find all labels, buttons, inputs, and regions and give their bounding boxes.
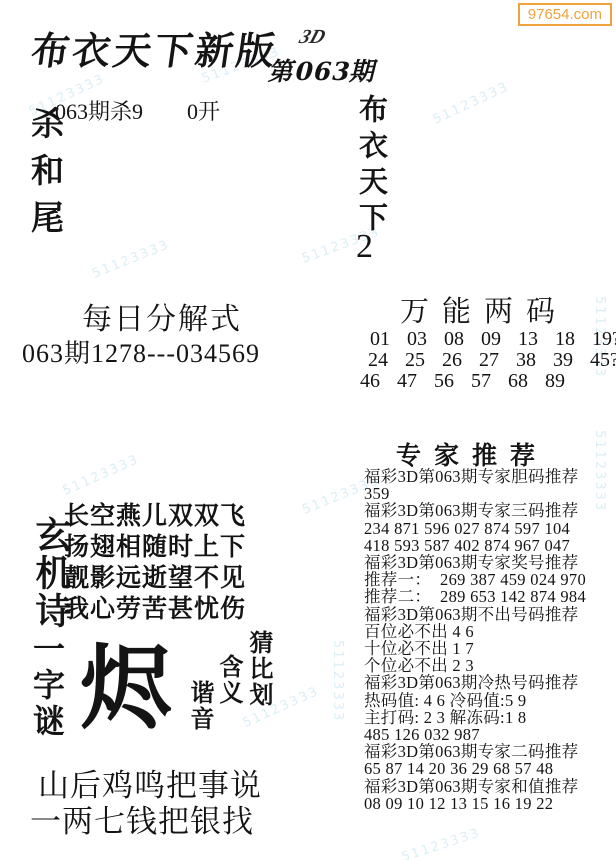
expert-line: 福彩3D第063期专家胆码推荐 [364, 468, 614, 485]
open-result-label: 0开 [187, 95, 220, 126]
column-number: 2 [356, 228, 373, 266]
two-codes-row: 46 47 56 57 68 89 [360, 370, 565, 393]
background-watermark: 51123333 [400, 826, 483, 860]
mystery-poem: 长空燕儿双双飞 扬翅相随时上下 靓影远逝望不见 我心劳苦甚忧伤 [64, 500, 246, 624]
expert-line: 359 [364, 485, 614, 502]
poem-line: 扬翅相随时上下 [64, 531, 246, 562]
expert-line: 推荐二： 289 653 142 874 984 [364, 588, 614, 605]
expert-line: 福彩3D第063期专家二码推荐 [364, 743, 614, 760]
expert-line: 福彩3D第063期冷热号码推荐 [364, 674, 614, 691]
char-riddle-label: 一字谜 [24, 632, 70, 740]
poem-line: 长空燕儿双双飞 [64, 500, 246, 531]
expert-line: 热码值: 4 6 冷码值:5 9 [364, 692, 614, 709]
expert-line: 福彩3D第063期专家和值推荐 [364, 778, 614, 795]
decomposition-formula: 063期1278---034569 [22, 333, 260, 370]
expert-line: 234 871 596 027 874 597 104 [364, 520, 614, 537]
poem-line: 我心劳苦甚忧伤 [64, 593, 246, 624]
universal-two-codes-title: 万能两码 [400, 289, 568, 330]
game-type-label: 3D [296, 26, 328, 49]
riddle-character: 烬 [80, 638, 172, 739]
expert-line: 08 09 10 12 13 15 16 19 22 [364, 795, 614, 812]
riddle-hint-homophone: 谐音 [183, 680, 218, 732]
background-watermark: 51123333 [61, 452, 142, 499]
expert-line: 福彩3D第063期专家三码推荐 [364, 502, 614, 519]
expert-line: 推荐一： 269 387 459 024 970 [364, 571, 614, 588]
expert-line: 个位必不出 2 3 [364, 657, 614, 674]
site-watermark-badge: 97654.com [518, 3, 612, 26]
page-title: 布衣天下新版 [28, 20, 282, 75]
expert-line: 福彩3D第063期不出号码推荐 [364, 606, 614, 623]
background-watermark: 51123333 [330, 640, 345, 722]
kill-open-line: 063期杀9 0开 [55, 95, 220, 126]
daily-decomposition-title: 每日分解式 [82, 294, 242, 338]
expert-line: 百位必不出 4 6 [364, 623, 614, 640]
two-codes-row: 24 25 26 27 38 39 45? [368, 349, 616, 372]
buyi-tianxia-label: 布衣天下 [352, 94, 393, 238]
kill-sum-tail-label: 杀和尾 [22, 106, 69, 247]
poem-line: 靓影远逝望不见 [64, 562, 246, 593]
expert-line: 418 593 587 402 874 967 047 [364, 537, 614, 554]
issue-number: 第063期 [266, 52, 382, 88]
riddle-hint-guess-strokes: 猜比划 [242, 630, 277, 708]
expert-line: 十位必不出 1 7 [364, 640, 614, 657]
two-codes-row: 01 03 08 09 13 18 19? [370, 328, 616, 351]
bottom-couplet-line: 一两七钱把银找 [30, 796, 254, 841]
background-watermark: 51123333 [431, 79, 512, 127]
background-watermark: 51123333 [90, 237, 172, 282]
lottery-sheet-page: 51123333 51123333 51123333 51123333 5112… [0, 0, 616, 860]
expert-line: 485 126 032 987 [364, 726, 614, 743]
expert-recommend-list: 福彩3D第063期专家胆码推荐 359 福彩3D第063期专家三码推荐 234 … [364, 468, 614, 812]
expert-line: 65 87 14 20 36 29 68 57 48 [364, 760, 614, 777]
expert-line: 主打码: 2 3 解冻码:1 8 [364, 709, 614, 726]
expert-line: 福彩3D第063期专家奖号推荐 [364, 554, 614, 571]
